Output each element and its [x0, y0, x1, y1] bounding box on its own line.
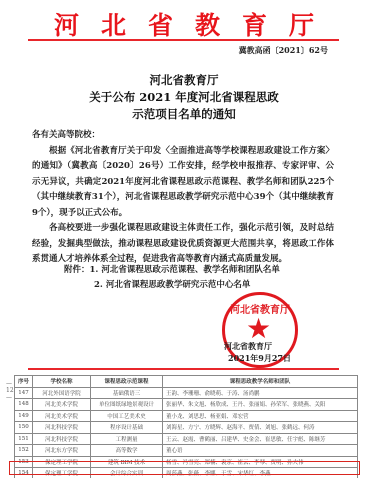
- table-row: 148 河北美术学院 单位图纸绿地景观设计 张丽华、朱文旭、杨欣成、王丹、张丽娟…: [15, 399, 358, 411]
- cell-course: 高等数学: [91, 445, 163, 457]
- cell-school: 河北外国语学院: [33, 387, 91, 399]
- salutation: 各有关高等院校：: [32, 128, 334, 144]
- cell-school: 河北科技学院: [33, 433, 91, 445]
- table-row: 151 河北科技学院 工程测量 王云、赵霞、曹鹤丽、吕建华、史金会、崔思敏、任宇…: [15, 433, 358, 445]
- cell-no: 147: [15, 387, 33, 399]
- title-issuer: 河北省教育厅: [0, 72, 368, 89]
- paragraph-2: 各高校要进一步强化课程思政建设主体责任工作，强化示范引领，及时总结经验，发掘典型…: [32, 221, 334, 268]
- signature-date: 2021年9月27日: [228, 353, 291, 364]
- cell-team: 王云、赵霞、曹鹤丽、吕建华、史金会、崔思敏、任宇彪、陈继芳: [163, 433, 358, 445]
- table-row: 147 河北外国语学院 基础俄语三 王韵、李珊珊、俞晓萌、于涛、汤尚鹏: [15, 387, 358, 399]
- cell-course: 中国工艺美术史: [91, 410, 163, 422]
- paragraph-1: 根据《河北省教育厅关于印发〈全面推进高等学校课程思政建设工作方案〉的通知》（冀教…: [32, 144, 334, 222]
- attachment-2: 2. 河北省课程思政教学研究示范中心名单: [64, 278, 280, 293]
- notice-body: 各有关高等院校： 根据《河北省教育厅关于印发〈全面推进高等学校课程思政建设工作方…: [32, 128, 334, 268]
- cell-team: 董小龙、刘思思、杨亚娟、邓宏营: [163, 410, 358, 422]
- cell-team: 张丽华、朱文旭、杨欣成、王丹、张丽娟、孙荣军、张晓燕、关阳: [163, 399, 358, 411]
- cell-course: 工程测量: [91, 433, 163, 445]
- seal-star-icon: ★: [246, 315, 271, 343]
- header-team: 课程思政教学名师和团队: [163, 376, 358, 388]
- cell-school: 河北美术学院: [33, 399, 91, 411]
- cell-no: 151: [15, 433, 33, 445]
- cell-school: 河北美术学院: [33, 410, 91, 422]
- table-header-row: 序号 学校名称 课程思政示范课程 课程思政教学名师和团队: [15, 376, 358, 388]
- masthead-title: 河北省教育厅: [0, 6, 368, 42]
- title-line-2: 关于公布 2021 年度河北省课程思政: [0, 89, 368, 106]
- cell-no: 149: [15, 410, 33, 422]
- highlight-box: [9, 461, 360, 475]
- cell-course: 基础俄语三: [91, 387, 163, 399]
- footer-red-rule: [28, 368, 339, 370]
- page-side-mark: —12—: [6, 380, 12, 401]
- attachments: 附件：1. 河北省课程思政示范课程、教学名师和团队名单 2. 河北省课程思政教学…: [64, 263, 280, 293]
- cell-school: 河北东方学院: [33, 445, 91, 457]
- header-school: 学校名称: [33, 376, 91, 388]
- cell-no: 148: [15, 399, 33, 411]
- attachment-1: 1. 河北省课程思政示范课程、教学名师和团队名单: [90, 265, 280, 275]
- header-course: 课程思政示范课程: [91, 376, 163, 388]
- cell-course: 单位图纸绿地景观设计: [91, 399, 163, 411]
- table-row: 152 河北东方学院 高等数学 董心语: [15, 445, 358, 457]
- cell-school: 河北科技学院: [33, 422, 91, 434]
- cell-no: 152: [15, 445, 33, 457]
- cell-team: 刘海星、方宁、方晓辉、赵海平、贾倩、刘旭、张鹤远、何涛: [163, 422, 358, 434]
- cell-team: 董心语: [163, 445, 358, 457]
- header-red-rule: [28, 39, 339, 41]
- signer: 河北省教育厅: [224, 341, 272, 352]
- cell-no: 150: [15, 422, 33, 434]
- notice-title: 河北省教育厅 关于公布 2021 年度河北省课程思政 示范项目名单的通知: [0, 72, 368, 123]
- document-number: 冀教高函〔2021〕62号: [239, 45, 328, 56]
- table-row: 150 河北科技学院 程序设计基础 刘海星、方宁、方晓辉、赵海平、贾倩、刘旭、张…: [15, 422, 358, 434]
- cell-team: 王韵、李珊珊、俞晓萌、于涛、汤尚鹏: [163, 387, 358, 399]
- title-line-3: 示范项目名单的通知: [0, 106, 368, 123]
- cell-course: 程序设计基础: [91, 422, 163, 434]
- attachments-label: 附件：: [64, 265, 90, 275]
- header-no: 序号: [15, 376, 33, 388]
- table-row: 149 河北美术学院 中国工艺美术史 董小龙、刘思思、杨亚娟、邓宏营: [15, 410, 358, 422]
